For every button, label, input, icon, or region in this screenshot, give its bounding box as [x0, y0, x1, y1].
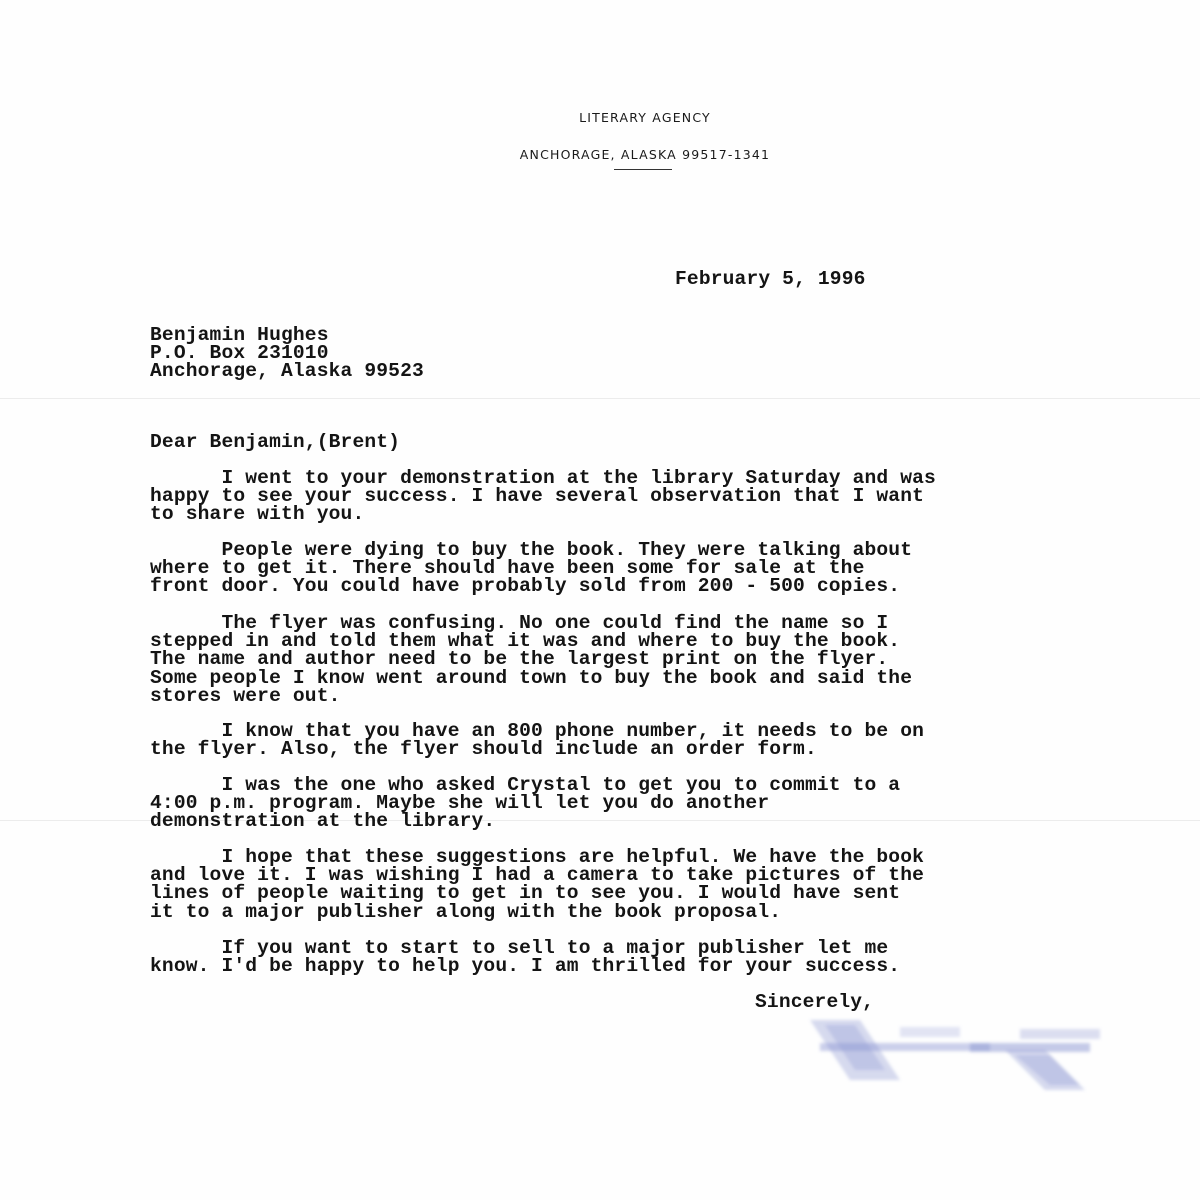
body-paragraph: I went to your demonstration at the libr…: [150, 469, 936, 524]
body-paragraph: If you want to start to sell to a major …: [150, 939, 900, 975]
closing: Sincerely,: [755, 993, 874, 1011]
letterhead-agency: LITERARY AGENCY: [0, 110, 1200, 125]
letterhead-rule: [614, 169, 672, 170]
body-paragraph: People were dying to buy the book. They …: [150, 541, 912, 596]
recipient-address: Benjamin Hughes P.O. Box 231010 Anchorag…: [150, 326, 424, 381]
letter-page: LITERARY AGENCY ANCHORAGE, ALASKA 99517-…: [0, 0, 1200, 1200]
body-paragraph: I was the one who asked Crystal to get y…: [150, 776, 900, 831]
letterhead-location: ANCHORAGE, ALASKA 99517-1341: [0, 147, 1200, 162]
body-paragraph: The flyer was confusing. No one could fi…: [150, 614, 912, 705]
letter-date: February 5, 1996: [675, 270, 866, 288]
salutation: Dear Benjamin,(Brent): [150, 433, 400, 451]
scan-artifact-line: [0, 398, 1200, 399]
body-paragraph: I hope that these suggestions are helpfu…: [150, 848, 924, 921]
recipient-city: Anchorage, Alaska 99523: [150, 360, 424, 382]
signature-blur-icon: [790, 1015, 1120, 1095]
body-paragraph: I know that you have an 800 phone number…: [150, 722, 924, 758]
